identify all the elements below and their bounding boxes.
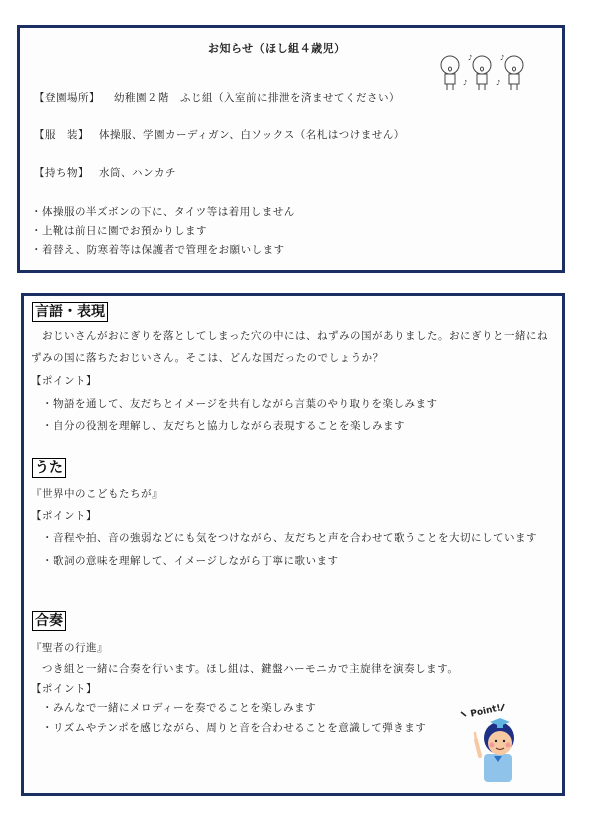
singing-children-icon: ♪♪♪♪ bbox=[436, 52, 528, 98]
svg-text:♪: ♪ bbox=[463, 79, 467, 87]
section-text: おじいさんがおにぎりを落としてしまった穴の中には、ねずみの国がありました。おにぎ… bbox=[31, 329, 548, 343]
point-caption: Point! bbox=[470, 703, 502, 719]
notice-title: お知らせ（ほし組４歳児） bbox=[208, 42, 346, 56]
section-heading-language: 言語・表現 bbox=[32, 302, 108, 322]
svg-text:♪: ♪ bbox=[500, 54, 504, 62]
point-item: ・物語を通して、友だちとイメージを共有しながら言葉のやり取りを楽しみます bbox=[42, 397, 437, 411]
section-text: ずみの国に落ちたおじいさん。そこは、どんな国だったのでしょうか？ bbox=[31, 351, 384, 365]
svg-text:♪: ♪ bbox=[468, 54, 472, 62]
point-item: ・歌詞の意味を理解して、イメージしながら丁寧に歌います bbox=[42, 554, 338, 568]
piece-title: 『聖者の行進』 bbox=[31, 641, 108, 655]
point-item: ・リズムやテンポを感じながら、周りと音を合わせることを意識して弾きます bbox=[42, 721, 426, 735]
notice-bullet: ・着替え、防寒着等は保護者で管理をお願いします bbox=[31, 243, 285, 257]
teacher-pointing-icon: Point! bbox=[458, 700, 538, 789]
song-title: 『世界中のこどもたちが』 bbox=[31, 487, 163, 501]
section-text: つき組と一緒に合奏を行います。ほし組は、鍵盤ハーモニカで主旋律を演奏します。 bbox=[31, 662, 458, 676]
notice-row-clothes: 【服 装】体操服、学園カーディガン、白ソックス（名札はつけません） bbox=[34, 128, 405, 142]
point-item: ・自分の役割を理解し、友だちと協力しながら表現することを楽しみます bbox=[42, 419, 405, 433]
section-heading-ensemble: 合奏 bbox=[32, 611, 66, 631]
section-heading-song: うた bbox=[32, 458, 66, 478]
svg-text:♪: ♪ bbox=[496, 79, 500, 87]
notice-bullet: ・体操服の半ズボンの下に、タイツ等は着用しません bbox=[31, 205, 295, 219]
point-label: 【ポイント】 bbox=[31, 682, 97, 696]
point-item: ・音程や拍、音の強弱などにも気をつけながら、友だちと声を合わせて歌うことを大切に… bbox=[42, 531, 537, 545]
notice-bullet: ・上靴は前日に園でお預かりします bbox=[31, 224, 207, 238]
notice-row-belongings: 【持ち物】水筒、ハンカチ bbox=[34, 166, 176, 180]
point-label: 【ポイント】 bbox=[31, 509, 97, 523]
notice-row-place: 【登園場所】幼稚園２階 ふじ組（入室前に排泄を済ませてください） bbox=[34, 91, 400, 105]
point-item: ・みんなで一緒にメロディーを奏でることを楽しみます bbox=[42, 701, 316, 715]
point-label: 【ポイント】 bbox=[31, 374, 97, 388]
